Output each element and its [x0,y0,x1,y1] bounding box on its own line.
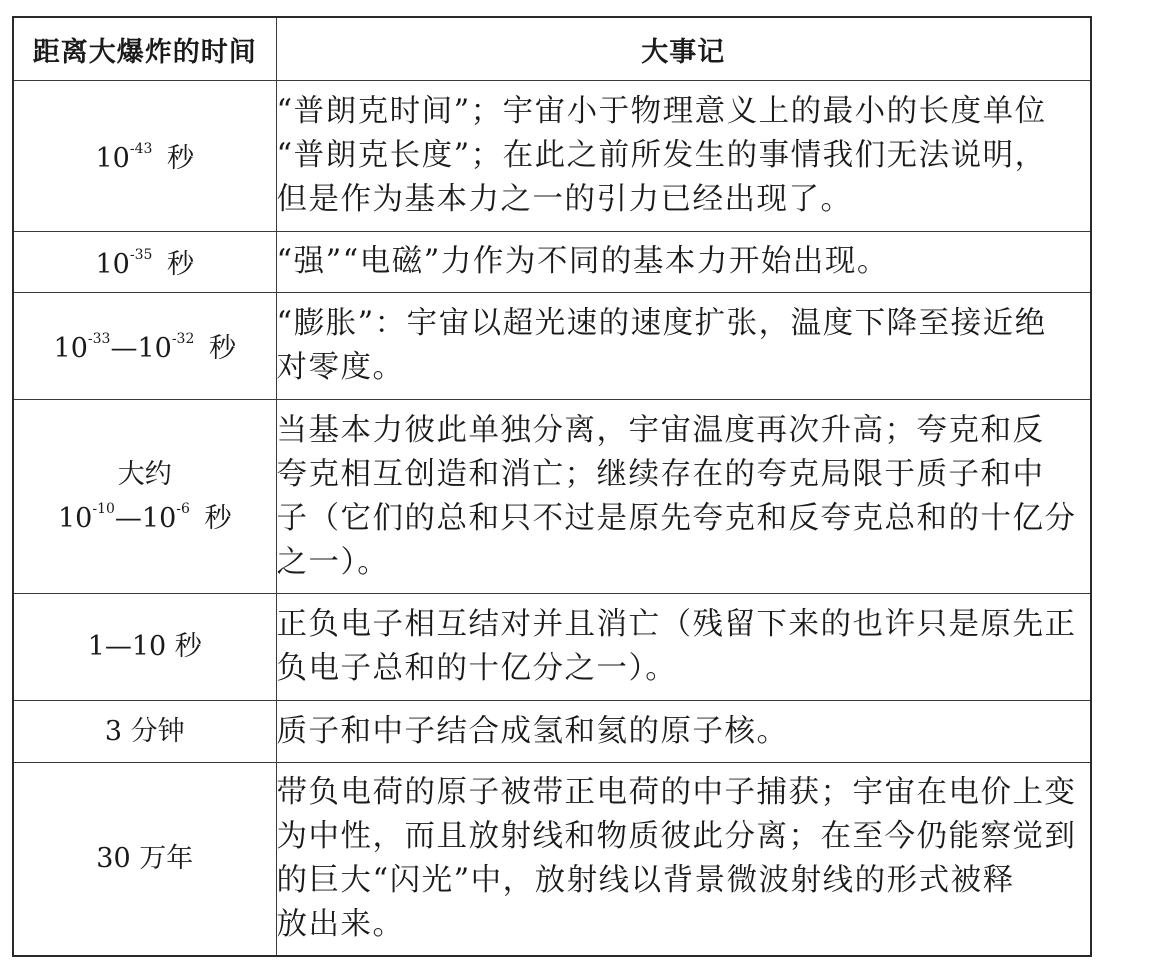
time-cell: 30 万年 [13,763,276,957]
time-cell: 大约 10-10—10-6 秒 [13,400,276,594]
time-cell: 10-35 秒 [13,232,276,293]
header-time: 距离大爆炸的时间 [13,17,276,81]
event-cell: “膨胀”：宇宙以超光速的速度扩张，温度下降至接近绝 对零度。 [276,293,1091,400]
table-row: 大约 10-10—10-6 秒 当基本力彼此单独分离，宇宙温度再次升高；夸克和反… [13,400,1091,594]
time-cell: 10-43 秒 [13,81,276,232]
table-row: 10-43 秒 “普朗克时间”；宇宙小于物理意义上的最小的长度单位 “普朗克长度… [13,81,1091,232]
table-row: 10-33—10-32 秒 “膨胀”：宇宙以超光速的速度扩张，温度下降至接近绝 … [13,293,1091,400]
time-cell: 10-33—10-32 秒 [13,293,276,400]
time-cell: 1—10 秒 [13,594,276,701]
event-cell: “强”“电磁”力作为不同的基本力开始出现。 [276,232,1091,293]
table-row: 30 万年 带负电荷的原子被带正电荷的中子捕获；宇宙在电价上变 为中性，而且放射… [13,763,1091,957]
event-cell: “普朗克时间”；宇宙小于物理意义上的最小的长度单位 “普朗克长度”；在此之前所发… [276,81,1091,232]
header-row: 距离大爆炸的时间 大事记 [13,17,1091,81]
table-row: 10-35 秒 “强”“电磁”力作为不同的基本力开始出现。 [13,232,1091,293]
table-row: 1—10 秒 正负电子相互结对并且消亡（残留下来的也许只是原先正 负电子总和的十… [13,594,1091,701]
event-cell: 正负电子相互结对并且消亡（残留下来的也许只是原先正 负电子总和的十亿分之一）。 [276,594,1091,701]
table-row: 3 分钟 质子和中子结合成氢和氦的原子核。 [13,701,1091,763]
header-event: 大事记 [276,17,1091,81]
time-cell: 3 分钟 [13,701,276,763]
event-cell: 带负电荷的原子被带正电荷的中子捕获；宇宙在电价上变 为中性，而且放射线和物质彼此… [276,763,1091,957]
big-bang-timeline-table: 距离大爆炸的时间 大事记 10-43 秒 “普朗克时间”；宇宙小于物理意义上的最… [12,16,1092,957]
event-cell: 质子和中子结合成氢和氦的原子核。 [276,701,1091,763]
event-cell: 当基本力彼此单独分离，宇宙温度再次升高；夸克和反 夸克相互创造和消亡；继续存在的… [276,400,1091,594]
